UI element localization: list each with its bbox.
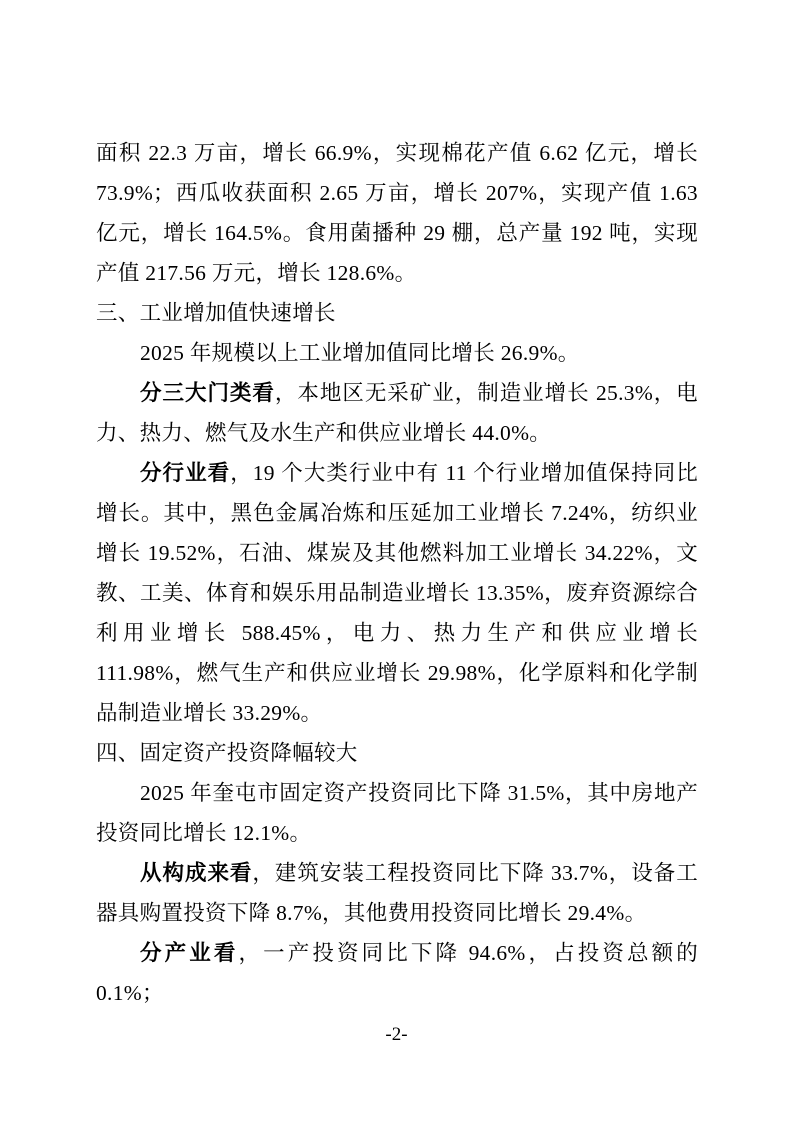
paragraph-three-categories-lead: 分三大门类看: [140, 381, 275, 405]
paragraph-composition-lead: 从构成来看: [140, 861, 252, 885]
section-heading-investment: 四、固定资产投资降幅较大: [96, 733, 698, 773]
paragraph-composition: 从构成来看，建筑安装工程投资同比下降 33.7%，设备工器具购置投资下降 8.7…: [96, 853, 698, 933]
paragraph-by-sector-rest: ，19 个大类行业中有 11 个行业增加值保持同比增长。其中，黑色金属冶炼和压延…: [96, 461, 698, 725]
document-page: 面积 22.3 万亩，增长 66.9%，实现棉花产值 6.62 亿元，增长 73…: [0, 0, 793, 1122]
paragraph-agriculture-continued: 面积 22.3 万亩，增长 66.9%，实现棉花产值 6.62 亿元，增长 73…: [96, 133, 698, 293]
paragraph-by-industry: 分产业看，一产投资同比下降 94.6%，占投资总额的 0.1%；: [96, 933, 698, 1013]
paragraph-industry-growth: 2025 年规模以上工业增加值同比增长 26.9%。: [96, 333, 698, 373]
section-heading-industry: 三、工业增加值快速增长: [96, 293, 698, 333]
page-number: -2-: [0, 1022, 793, 1048]
paragraph-by-industry-lead: 分产业看: [140, 941, 239, 965]
paragraph-by-sector-lead: 分行业看: [140, 461, 230, 485]
paragraph-by-sector: 分行业看，19 个大类行业中有 11 个行业增加值保持同比增长。其中，黑色金属冶…: [96, 453, 698, 733]
document-body: 面积 22.3 万亩，增长 66.9%，实现棉花产值 6.62 亿元，增长 73…: [96, 133, 698, 1013]
paragraph-three-categories: 分三大门类看，本地区无采矿业，制造业增长 25.3%，电力、热力、燃气及水生产和…: [96, 373, 698, 453]
paragraph-investment-decline: 2025 年奎屯市固定资产投资同比下降 31.5%，其中房地产投资同比增长 12…: [96, 773, 698, 853]
